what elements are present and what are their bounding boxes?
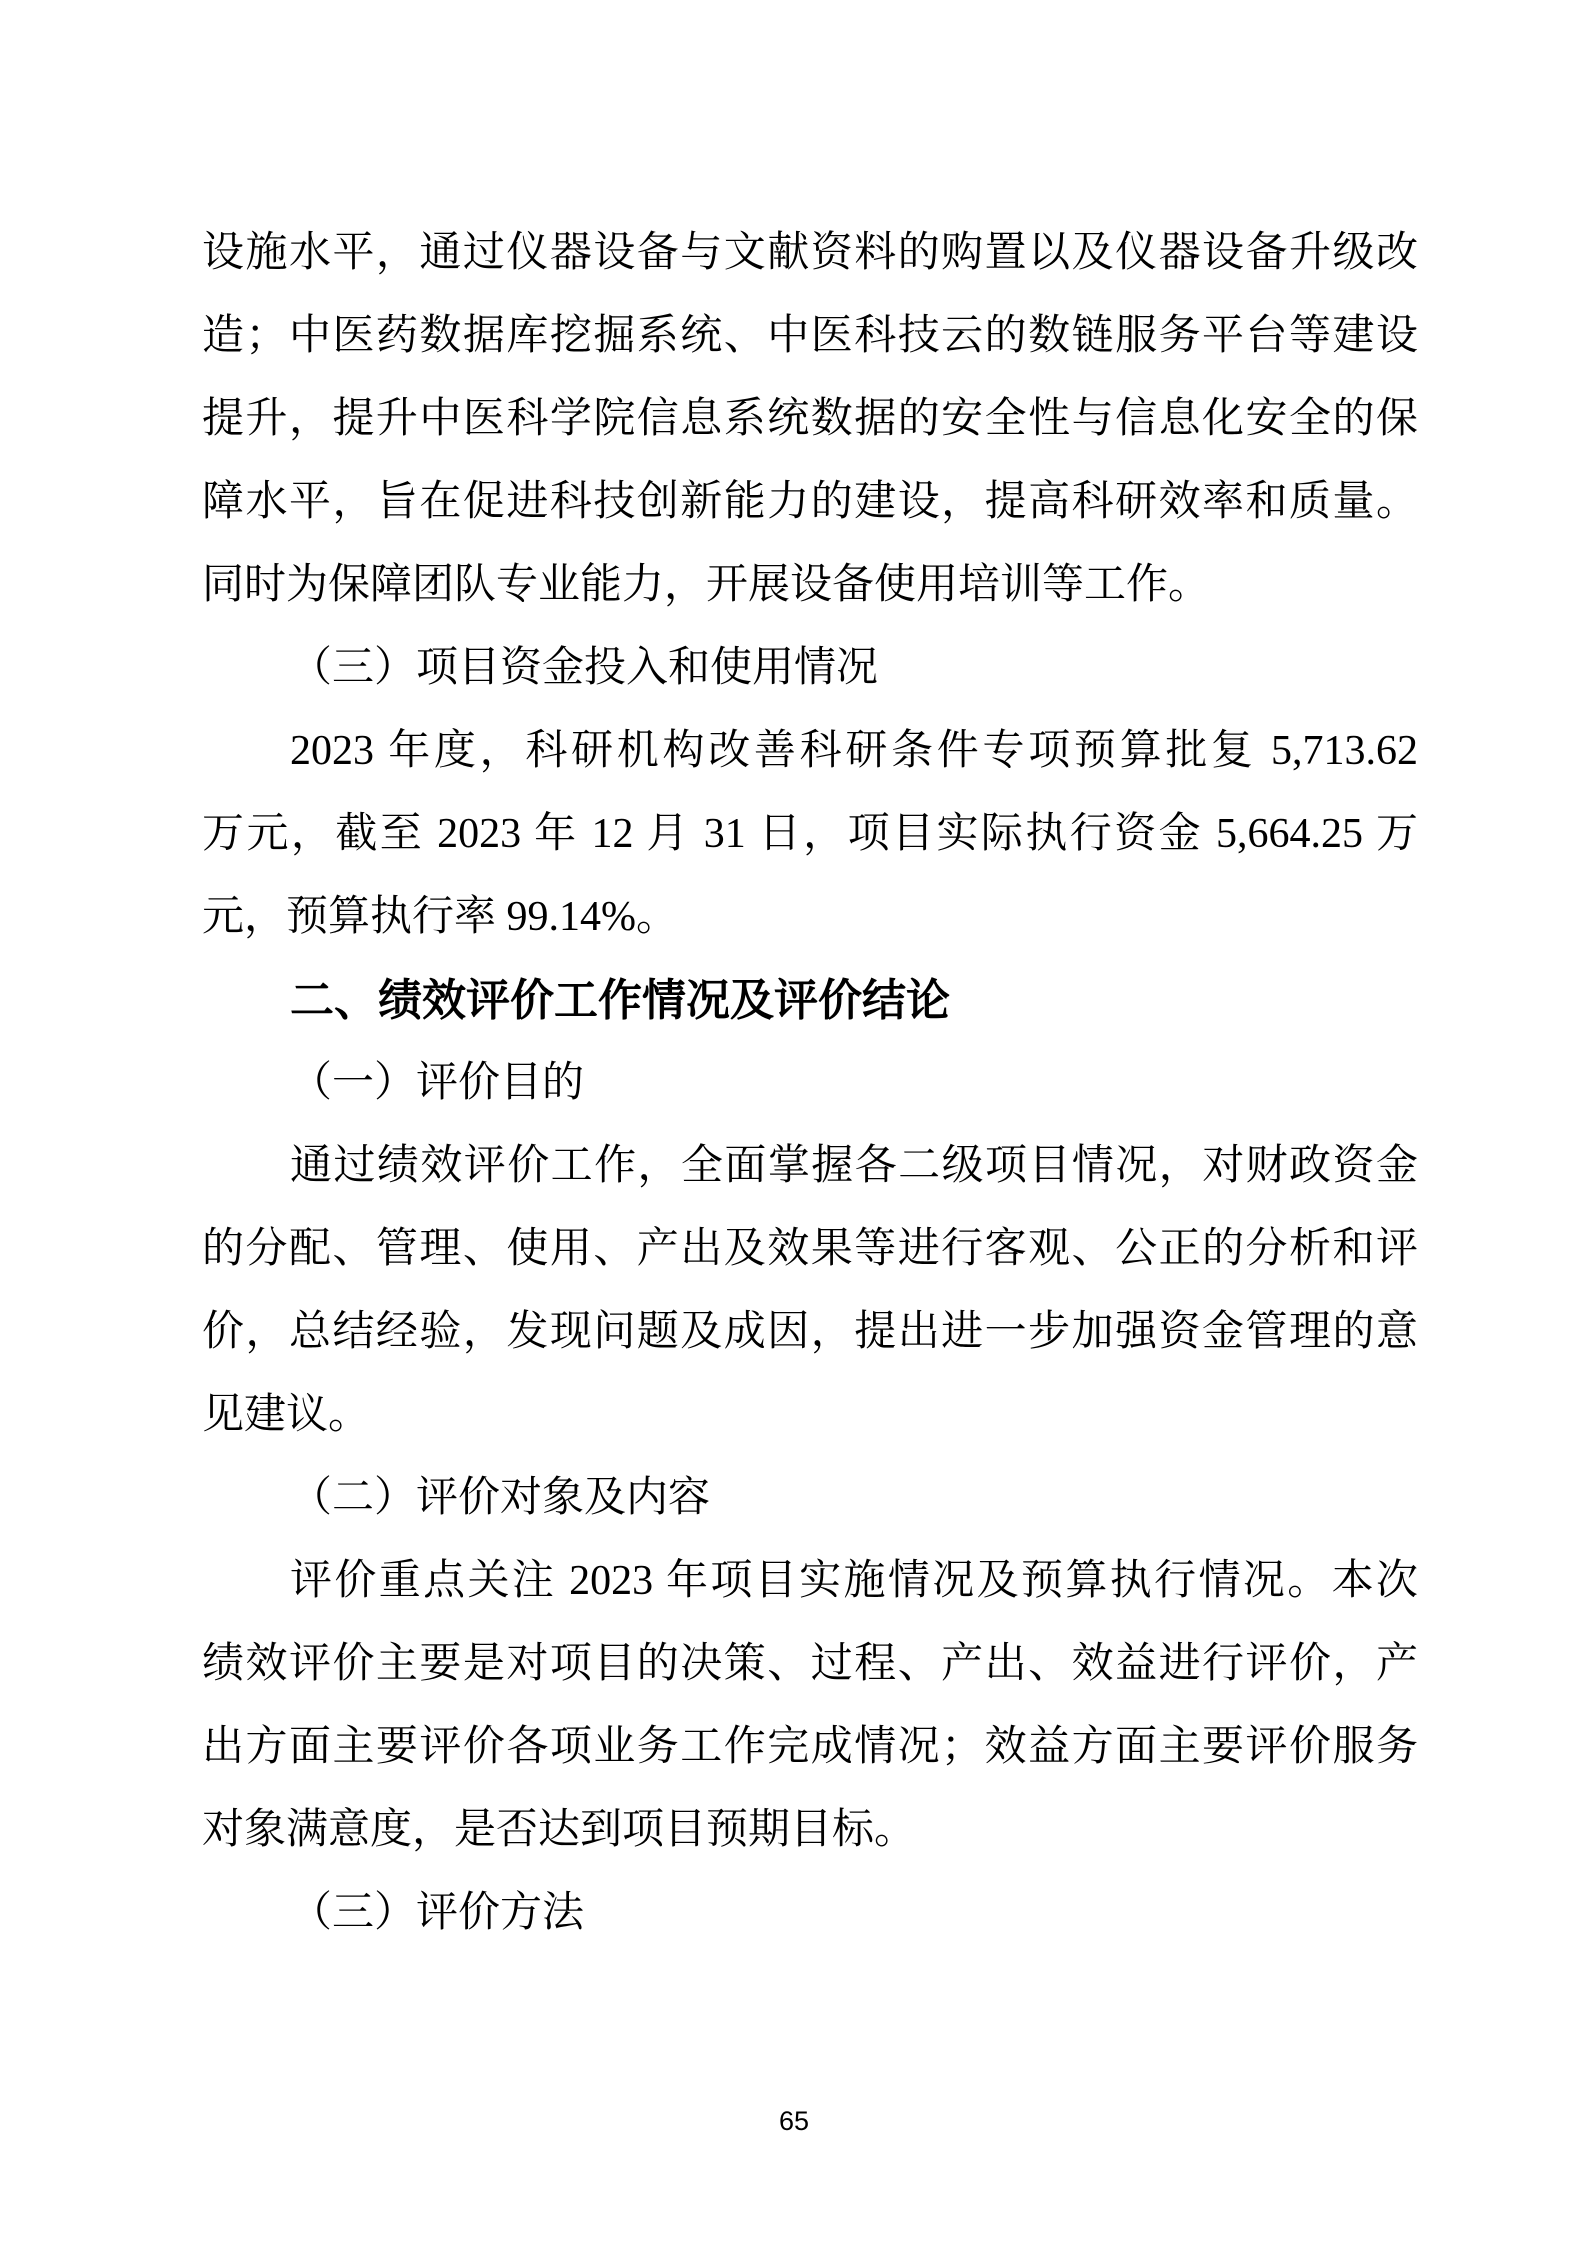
text-line: 设施水平，通过仪器设备与文献资料的购置以及仪器设备升级改 <box>202 212 1418 295</box>
section-heading-evaluation-scope: （二）评价对象及内容 <box>202 1457 1418 1540</box>
text-line: 万元，截至 2023 年 12 月 31 日，项目实际执行资金 5,664.25… <box>202 793 1418 876</box>
section-heading-evaluation-overview: 二、绩效评价工作情况及评价结论 <box>202 959 1418 1042</box>
text-line: 2023 年度，科研机构改善科研条件专项预算批复 5,713.62 <box>202 710 1418 793</box>
text-line: 绩效评价主要是对项目的决策、过程、产出、效益进行评价，产 <box>202 1623 1418 1706</box>
section-heading-evaluation-method: （三）评价方法 <box>202 1872 1418 1955</box>
section-heading-funds-usage: （三）项目资金投入和使用情况 <box>202 627 1418 710</box>
text-line: 的分配、管理、使用、产出及效果等进行客观、公正的分析和评 <box>202 1208 1418 1291</box>
text-line: 障水平，旨在促进科技创新能力的建设，提高科研效率和质量。 <box>202 461 1418 544</box>
page-number: 65 <box>779 2106 809 2136</box>
section-heading-evaluation-purpose: （一）评价目的 <box>202 1042 1418 1125</box>
text-line: 对象满意度，是否达到项目预期目标。 <box>202 1789 1418 1872</box>
text-line: 元，预算执行率 99.14%。 <box>202 876 1418 959</box>
text-line: 造；中医药数据库挖掘系统、中医科技云的数链服务平台等建设 <box>202 295 1418 378</box>
document-page: 设施水平，通过仪器设备与文献资料的购置以及仪器设备升级改 造；中医药数据库挖掘系… <box>0 0 1588 2245</box>
text-line: 同时为保障团队专业能力，开展设备使用培训等工作。 <box>202 544 1418 627</box>
text-line: 提升，提升中医科学院信息系统数据的安全性与信息化安全的保 <box>202 378 1418 461</box>
document-body: 设施水平，通过仪器设备与文献资料的购置以及仪器设备升级改 造；中医药数据库挖掘系… <box>202 212 1418 1955</box>
text-line: 见建议。 <box>202 1374 1418 1457</box>
text-line: 通过绩效评价工作，全面掌握各二级项目情况，对财政资金 <box>202 1125 1418 1208</box>
text-line: 评价重点关注 2023 年项目实施情况及预算执行情况。本次 <box>202 1540 1418 1623</box>
page-footer: 65 <box>0 2106 1588 2137</box>
text-line: 价，总结经验，发现问题及成因，提出进一步加强资金管理的意 <box>202 1291 1418 1374</box>
text-line: 出方面主要评价各项业务工作完成情况；效益方面主要评价服务 <box>202 1706 1418 1789</box>
